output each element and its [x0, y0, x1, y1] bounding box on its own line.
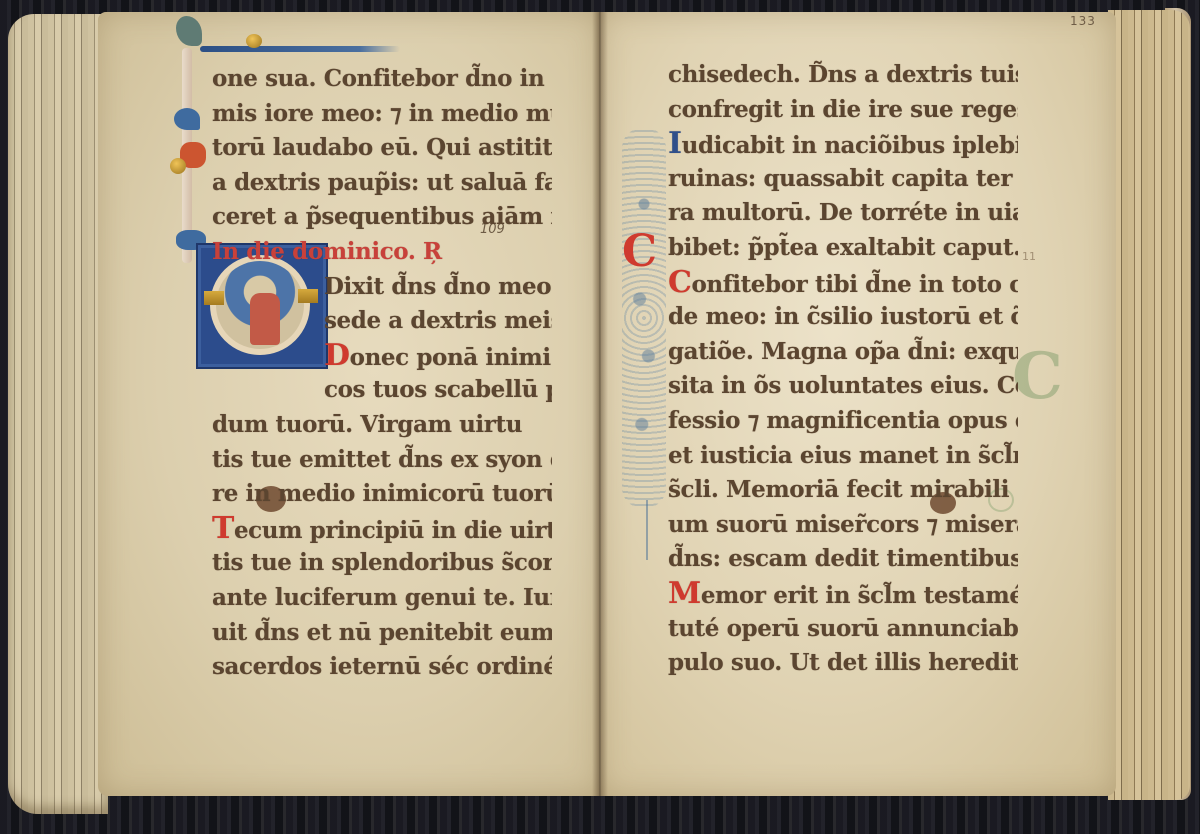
- text-line: confregit in die ire sue reges.: [668, 93, 1018, 128]
- open-manuscript: 109 one sua. Confitebor d̃no in mis iore…: [0, 0, 1200, 834]
- red-initial: T: [212, 512, 234, 546]
- text-line: tis tue emittet d̃ns ex syon d̃na: [212, 443, 552, 478]
- text-line: re in medio inimicorū tuorū.: [212, 477, 552, 512]
- text-line: gatiõe. Magna op̃a d̃ni: exqui: [668, 335, 1018, 370]
- red-initial: D: [324, 339, 350, 373]
- text-line: ra multorū. De torréte in uia: [668, 196, 1018, 231]
- text-line: ante luciferum genui te. Iura: [212, 581, 552, 616]
- text-line: Confitebor tibi d̃ne in toto cor: [668, 266, 1018, 301]
- text-line: sacerdos ieternū séc ordiné mel: [212, 650, 552, 685]
- text-line: a dextris paup̃is: ut saluā fa: [212, 166, 552, 201]
- penwork-stem: [646, 500, 648, 560]
- red-initial: M: [668, 577, 701, 611]
- penwork-flourish: [622, 128, 666, 508]
- text-line: et iusticia eius manet in s̃cl̃m: [668, 439, 1018, 474]
- folio-number: 133: [1070, 14, 1096, 28]
- text-line: tuté operū suorū annunciabit po: [668, 612, 1018, 647]
- border-top-flourish: [200, 46, 400, 52]
- text-line: tis tue in splendoribus s̃corū ex̃ utero: [212, 546, 552, 581]
- text-line: pulo suo. Ut det illis hereditaté: [668, 646, 1018, 681]
- text-line: Dixit d̃ns d̃no meo:: [212, 270, 552, 305]
- text-line: chisedech. D̃ns a dextris tuis: [668, 58, 1018, 93]
- book-gutter: [592, 12, 608, 796]
- right-page-block-edges: [1108, 10, 1190, 800]
- text-line: mis iore meo: ⁊ in medio mul: [212, 97, 552, 132]
- text-line: bibet: p̃pt̃ea exaltabit caput.: [668, 231, 1018, 266]
- text-line: Donec ponā inimi: [212, 339, 552, 374]
- left-page-text: one sua. Confitebor d̃no in mis iore meo…: [212, 62, 552, 685]
- gold-boss-icon: [246, 34, 262, 48]
- text-line: s̃cli. Memoriā fecit mirabili: [668, 473, 1018, 508]
- text-line: torū laudabo eū. Qui astitit: [212, 131, 552, 166]
- left-page-block-edges: [8, 14, 108, 814]
- blue-initial: I: [668, 127, 682, 161]
- offset-initial-ghost-icon: C: [1012, 345, 1063, 409]
- text-line: de meo: in c̃silio iustorū et c̃gre: [668, 300, 1018, 335]
- text-line: uit d̃ns et nū penitebit eum tu es: [212, 616, 552, 651]
- blue-acanthus-leaf-icon: [174, 108, 200, 130]
- text-line: dum tuorū. Virgam uirtu: [212, 408, 552, 443]
- red-initial-C-icon: C: [622, 230, 657, 274]
- text-line: d̃ns: escam dedit timentibus se.: [668, 542, 1018, 577]
- marginal-note: 11: [1022, 250, 1036, 263]
- text-line: Memor erit in s̃cl̃m testaméti sui: uir: [668, 577, 1018, 612]
- right-page-text: chisedech. D̃ns a dextris tuis confregit…: [668, 58, 1018, 681]
- text-line: ceret a p̃sequentibus aiām mea.: [212, 200, 552, 235]
- text-line: Tecum principiū in die uirtu: [212, 512, 552, 547]
- gold-boss-icon: [170, 158, 186, 174]
- text-line: fessio ⁊ magnificentia opus ei: [668, 404, 1018, 439]
- text-line: cos tuos scabellū pe: [212, 373, 552, 408]
- rubric-line: In die dominico. Ŗ: [212, 235, 552, 270]
- text-line: um suorū miser̃cors ⁊ miserator: [668, 508, 1018, 543]
- red-initial: C: [668, 266, 691, 300]
- text-line: one sua. Confitebor d̃no in: [212, 62, 552, 97]
- text-line: sede a dextris meis.: [212, 304, 552, 339]
- text-line: sita in õs uoluntates eius. Con: [668, 369, 1018, 404]
- text-line: ruinas: quassabit capita ter: [668, 162, 1018, 197]
- text-line: Iudicabit in naciõibus iplebit: [668, 127, 1018, 162]
